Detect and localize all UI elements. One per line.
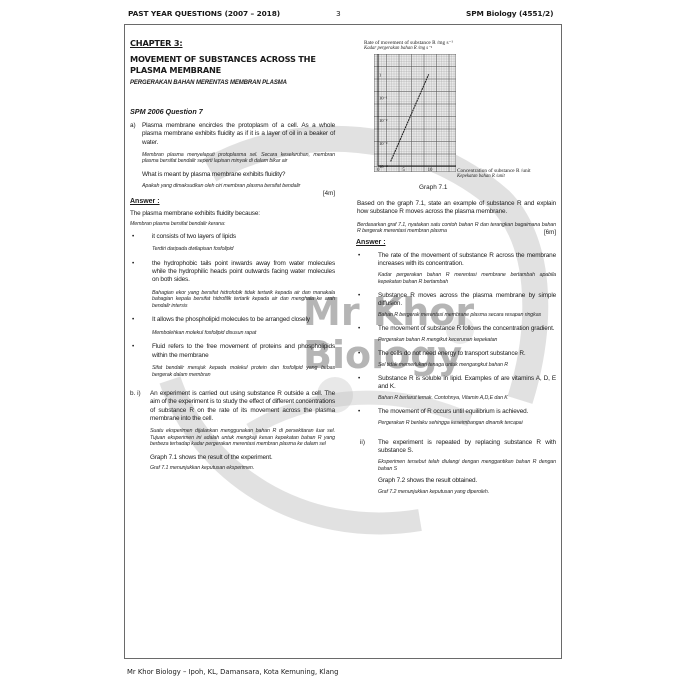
- answer-point: The movement of substance R follows the …: [378, 325, 556, 333]
- answer-point: it consists of two layers of lipids: [152, 233, 335, 241]
- answer-point: Substance R is soluble in lipid. Example…: [378, 375, 556, 392]
- bullet-icon: •: [130, 343, 152, 378]
- part-a-label: a): [130, 122, 142, 197]
- footer-text: Mr Khor Biology – Ipoh, KL, Damansara, K…: [127, 668, 338, 676]
- part-a-question-ms: Apakah yang dimaksudkan oleh ciri membra…: [142, 183, 335, 190]
- list-item: •The rate of the movement of substance R…: [356, 252, 556, 286]
- answer-point-ms: Bahagian ekor yang bersifat hidrofobik t…: [152, 290, 335, 310]
- bullet-icon: •: [356, 375, 378, 402]
- svg-text:10⁻²: 10⁻²: [379, 118, 388, 123]
- answer-point: The cells do not need energy to transpor…: [378, 350, 556, 358]
- answer-list-a: • it consists of two layers of lipids Te…: [130, 233, 335, 378]
- answer-point: The rate of the movement of substance R …: [378, 252, 556, 269]
- answer-point-ms: Membolehkan molekul fosfolipid disusun r…: [152, 330, 335, 337]
- graph-plot: 10⁻⁴10⁻³10⁻²10⁻¹10510: [374, 54, 456, 172]
- list-item: •The movement of substance R follows the…: [356, 325, 556, 344]
- right-question: Based on the graph 7.1, state an example…: [357, 200, 556, 217]
- answer-heading-b: Answer :: [356, 239, 556, 246]
- list-item: • It allows the phospholipid molecules t…: [130, 316, 335, 336]
- answer-point-ms: Pergerakan R berlaku sehingga keseimbang…: [378, 420, 556, 427]
- bullet-icon: •: [356, 408, 378, 427]
- answer-point-ms: Bahan R bergerak merentasi membrane plas…: [378, 312, 556, 319]
- answer-point-ms: Sel tidak memerlukan tenaga untuk mengan…: [378, 362, 556, 369]
- list-item: • the hydrophobic tails point inwards aw…: [130, 260, 335, 310]
- answer-intro: The plasma membrane exhibits fluidity be…: [130, 210, 335, 218]
- graph-ref: Graph 7.1 shows the result of the experi…: [150, 454, 335, 462]
- svg-text:10: 10: [428, 168, 433, 172]
- graph-y-label-ms: Kadar pergerakan bahan R /mg s⁻¹: [364, 46, 432, 51]
- part-a-stem: Plasma membrane encircles the protoplasm…: [142, 122, 335, 147]
- answer-intro-ms: Membran plasma bersifat bendalir kerana:: [130, 221, 335, 228]
- answer-point: the hydrophobic tails point inwards away…: [152, 260, 335, 285]
- header-left: PAST YEAR QUESTIONS (2007 – 2018): [128, 9, 280, 18]
- part-b-stem-ms: Suatu eksperimen dijalankan menggunakan …: [150, 428, 335, 448]
- graph-caption: Graph 7.1: [419, 184, 447, 191]
- answer-point-ms: Kadar pergerakan bahan R merentasi membr…: [378, 272, 556, 285]
- bullet-icon: •: [356, 350, 378, 369]
- svg-text:10⁻¹: 10⁻¹: [379, 95, 388, 100]
- answer-point-ms: Sifat bendalir merujuk kepada molekul pr…: [152, 365, 335, 378]
- left-column: CHAPTER 3: MOVEMENT OF SUBSTANCES ACROSS…: [130, 38, 335, 472]
- answer-point: The movement of R occurs until equilibri…: [378, 408, 556, 416]
- bullet-icon: •: [130, 260, 152, 310]
- answer-point: Substance R moves across the plasma memb…: [378, 292, 556, 309]
- part-b-ii-stem: The experiment is repeated by replacing …: [378, 439, 556, 456]
- list-item: •The cells do not need energy to transpo…: [356, 350, 556, 369]
- answer-point-ms: Pergerakan bahan R mengikut kecerunan ke…: [378, 337, 556, 344]
- part-b-ii: ii) The experiment is repeated by replac…: [356, 439, 556, 496]
- bullet-icon: •: [356, 252, 378, 286]
- part-b-i: b. i) An experiment is carried out using…: [130, 390, 335, 472]
- question-heading: SPM 2006 Question 7: [130, 107, 335, 116]
- part-a: a) Plasma membrane encircles the protopl…: [130, 122, 335, 197]
- answer-point: It allows the phospholipid molecules to …: [152, 316, 335, 324]
- svg-text:10⁻³: 10⁻³: [379, 141, 388, 146]
- chapter-label: CHAPTER 3:: [130, 38, 335, 48]
- bullet-icon: •: [130, 316, 152, 336]
- header-right: SPM Biology (4551/2): [466, 9, 553, 18]
- answer-point: Fluid refers to the free movement of pro…: [152, 343, 335, 360]
- bullet-icon: •: [356, 292, 378, 319]
- list-item: •Substance R is soluble in lipid. Exampl…: [356, 375, 556, 402]
- answer-point-ms: Bahan R berlarut lemak. Contohnya, Vitam…: [378, 395, 556, 402]
- list-item: • Fluid refers to the free movement of p…: [130, 343, 335, 378]
- list-item: •The movement of R occurs until equilibr…: [356, 408, 556, 427]
- answer-point-ms: Terdiri daripada dwilapisan fosfolipid: [152, 246, 335, 253]
- part-a-stem-ms: Membran plasma menyelaputi protoplasma s…: [142, 152, 335, 165]
- part-b-stem: An experiment is carried out using subst…: [150, 390, 335, 423]
- part-b-ii-label: ii): [356, 439, 378, 496]
- part-b-ii-stem-ms: Eksperimen tersebut telah diulangi denga…: [378, 459, 556, 472]
- bullet-icon: •: [130, 233, 152, 253]
- svg-text:10⁻⁴: 10⁻⁴: [379, 164, 388, 169]
- chapter-title: MOVEMENT OF SUBSTANCES ACROSS THE PLASMA…: [130, 54, 335, 75]
- part-b-label: b. i): [130, 390, 150, 472]
- graph-x-label-ms: Kepekatan bahan R /unit: [457, 174, 505, 179]
- bullet-icon: •: [356, 325, 378, 344]
- right-column: Rate of movement of substance R /mg s⁻¹ …: [356, 40, 556, 495]
- chapter-title-ms: PERGERAKAN BAHAN MERENTAS MEMBRAN PLASMA: [130, 80, 335, 86]
- graph-7-1: Rate of movement of substance R /mg s⁻¹ …: [356, 40, 556, 192]
- list-item: •Substance R moves across the plasma mem…: [356, 292, 556, 319]
- answer-list-b: •The rate of the movement of substance R…: [356, 252, 556, 427]
- part-a-marks: [4m]: [142, 190, 335, 197]
- answer-heading-a: Answer :: [130, 198, 335, 205]
- graph-ref-ms: Graf 7.1 menunjukkan keputusan eksperime…: [150, 465, 335, 472]
- part-a-question: What is meant by plasma membrane exhibit…: [142, 171, 335, 179]
- graph-ref-2: Graph 7.2 shows the result obtained.: [378, 477, 556, 485]
- list-item: • it consists of two layers of lipids Te…: [130, 233, 335, 253]
- graph-ref-2-ms: Graf 7.2 menunjukkan keputusan yang dipe…: [378, 489, 556, 496]
- page-number: 3: [336, 9, 341, 18]
